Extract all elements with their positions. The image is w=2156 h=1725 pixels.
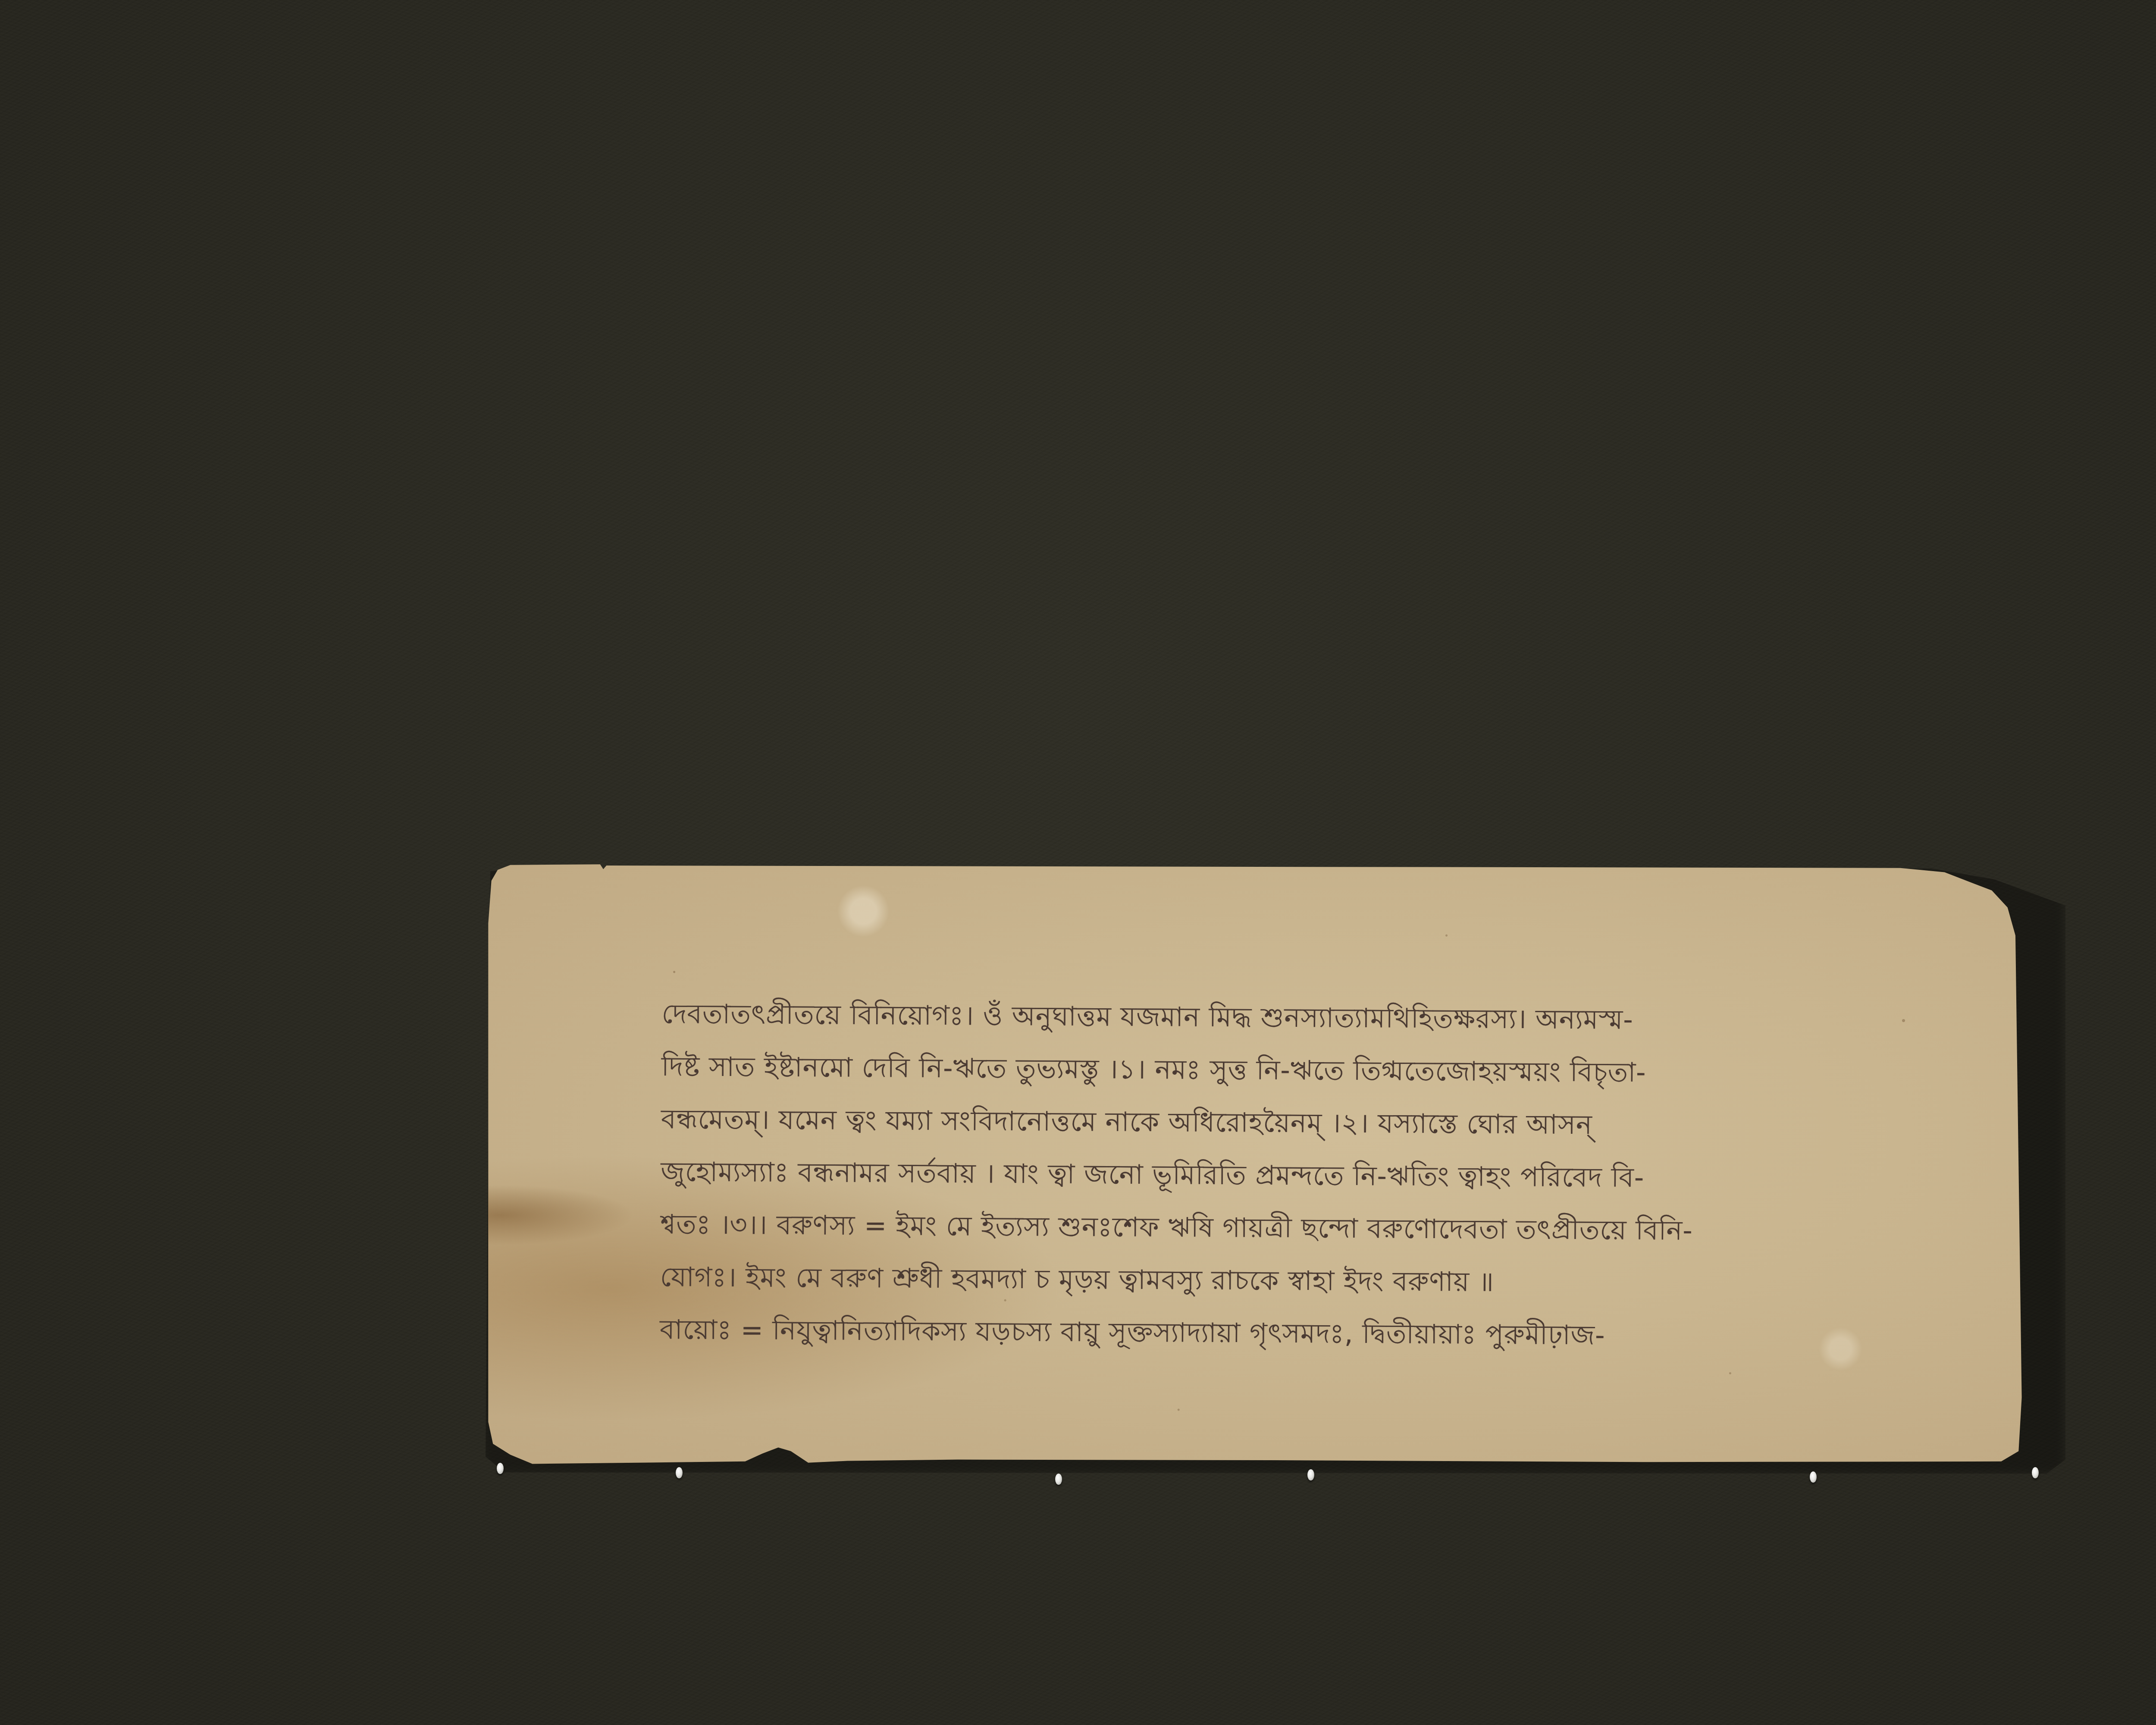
mounting-pin-icon <box>497 1463 504 1474</box>
manuscript-text: দেবতাতৎপ্রীতয়ে বিনিয়োগঃ। ওঁ অনুঘাত্তম … <box>660 988 1912 1364</box>
mounting-pin-icon <box>676 1467 683 1478</box>
mounting-pin-icon <box>2032 1467 2039 1478</box>
manuscript-line-2: দিষ্ট সাত ইষ্টানমো দেবি নি-ঋতে তুভ্যমস্ত… <box>661 1040 1912 1101</box>
mounting-pin-icon <box>1307 1469 1314 1480</box>
manuscript-line-6: যোগঃ। ইমং মে বরুণ শ্রুধী হবমদ্যা চ মৃড়য… <box>660 1251 1911 1311</box>
manuscript-line-3: বন্ধমেতম্। যমেন ত্বং যম্যা সংবিদানোত্তমে… <box>661 1093 1912 1153</box>
manuscript-line-1: দেবতাতৎপ্রীতয়ে বিনিয়োগঃ। ওঁ অনুঘাত্তম … <box>661 988 1912 1048</box>
mounting-pin-icon <box>1055 1474 1062 1485</box>
manuscript-line-4: জুহোম্যস্যাঃ বন্ধনামর সর্তবায় । যাং ত্ব… <box>661 1145 1912 1206</box>
mounting-pin-icon <box>1810 1471 1817 1483</box>
manuscript-leaf: দেবতাতৎপ্রীতয়ে বিনিয়োগঃ। ওঁ অনুঘাত্তম … <box>485 862 2061 1471</box>
manuscript-line-7: বায়োঃ = নিযুত্বানিত্যাদিকস্য যড়চস্য বা… <box>660 1303 1911 1364</box>
manuscript-line-5: শ্বতঃ ।৩।। বরুণস্য = ইমং মে ইত্যস্য শুনঃ… <box>660 1198 1911 1258</box>
